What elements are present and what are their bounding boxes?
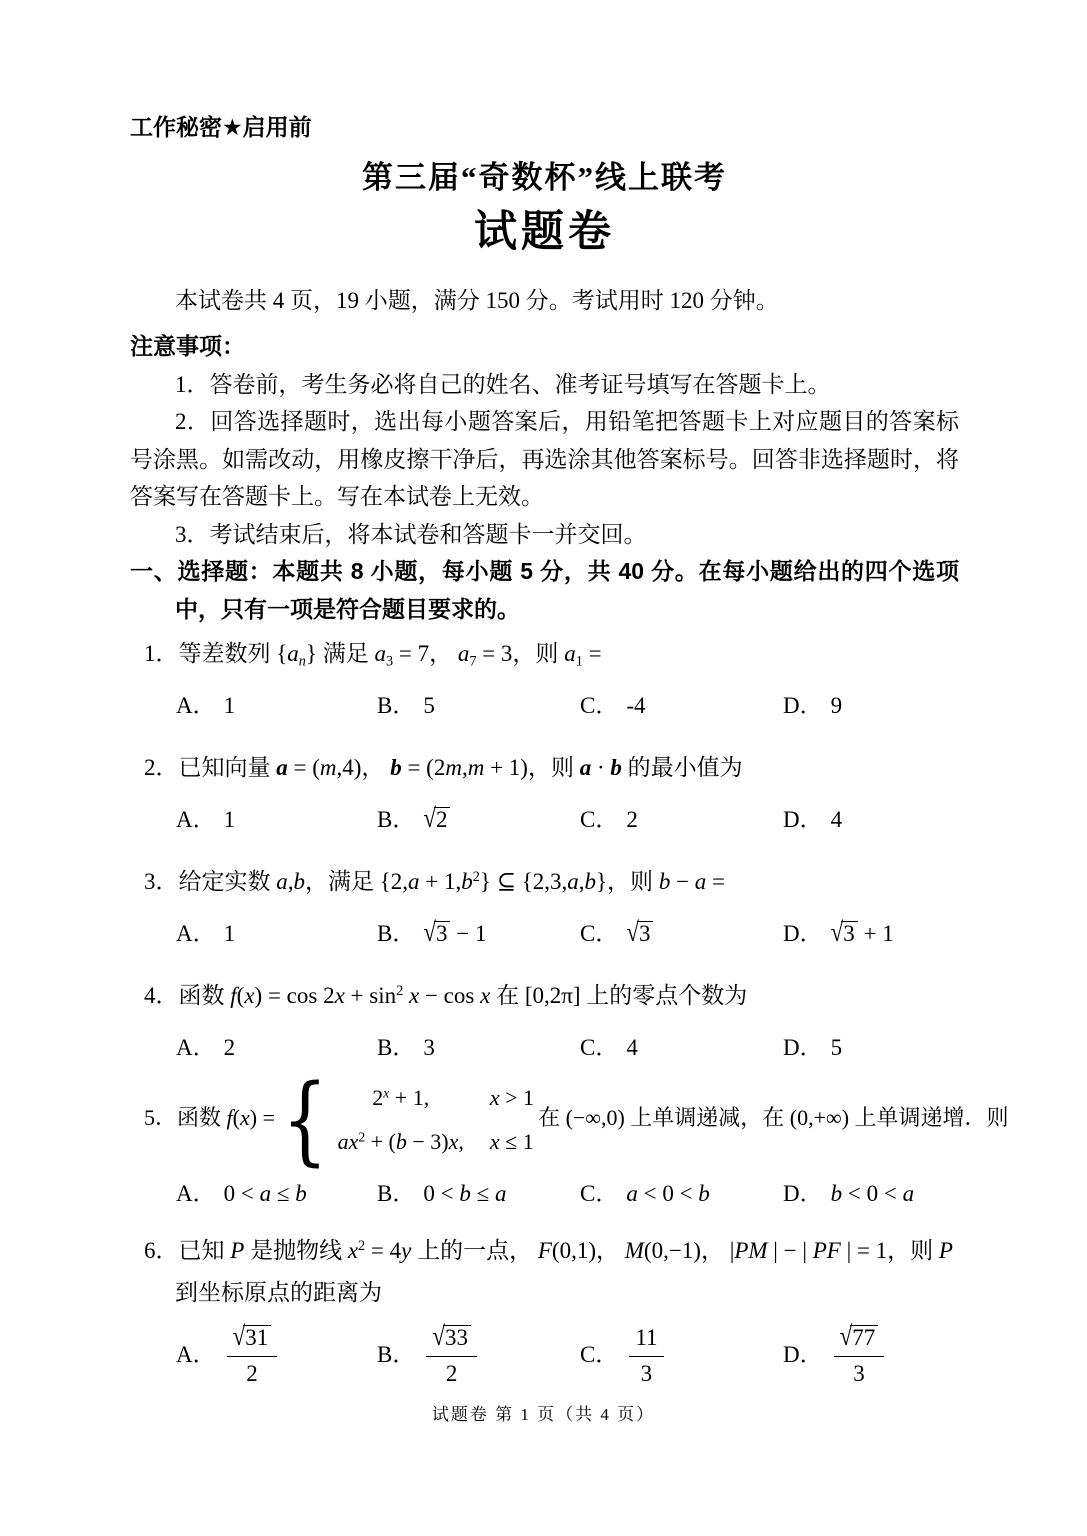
options-row: A．1B．√2C．2D．4 (130, 800, 959, 840)
option-a: A．√312 (176, 1322, 377, 1388)
fraction: √773 (834, 1322, 885, 1388)
option-label: B． (377, 800, 415, 840)
option-a: A．1 (176, 686, 377, 726)
question-number: 3． (144, 869, 179, 894)
question-stem: 4．函数 f(x) = cos 2x + sin2 x − cos x 在 [0… (130, 976, 959, 1016)
question-q1: 1．等差数列 {an} 满足 a3 = 7， a7 = 3，则 a1 =A．1B… (130, 634, 959, 726)
option-d: D．√773 (783, 1322, 959, 1388)
radical: √3 (626, 921, 653, 946)
notice-heading: 注意事项： (130, 328, 959, 366)
fraction-numerator: 11 (629, 1322, 663, 1357)
option-b: B．√3 − 1 (377, 914, 580, 954)
option-b: B．√332 (377, 1322, 580, 1388)
option-a: A．1 (176, 914, 377, 954)
question-number: 1． (144, 641, 179, 666)
exam-paper-page: 工作秘密★启用前 第三届“奇数杯”线上联考 试题卷 本试卷共 4 页，19 小题… (0, 0, 1087, 1536)
notice-section: 注意事项： 1．答卷前，考生务必将自己的姓名、准考证号填写在答题卡上。 2．回答… (130, 328, 959, 553)
question-number: 4． (144, 983, 179, 1008)
options-row: A．0 < a ≤ bB．0 < b ≤ aC．a < 0 < bD．b < 0… (130, 1174, 959, 1214)
option-content: 3 (423, 1028, 435, 1068)
option-d: D．√3 + 1 (783, 914, 959, 954)
option-content: 9 (831, 686, 843, 726)
option-content: a < 0 < b (626, 1174, 709, 1214)
radical: √33 (432, 1325, 471, 1350)
radical: √31 (233, 1325, 272, 1350)
option-d: D．b < 0 < a (783, 1174, 959, 1214)
option-d: D．4 (783, 800, 959, 840)
option-label: B． (377, 914, 415, 954)
fraction-numerator: √77 (834, 1322, 885, 1357)
option-label: A． (176, 1335, 216, 1375)
page-footer: 试题卷 第 1 页（共 4 页） (0, 1400, 1087, 1425)
option-label: B． (377, 1174, 415, 1214)
question-q3: 3．给定实数 a,b，满足 {2,a + 1,b2} ⊆ {2,3,a,b}，则… (130, 862, 959, 954)
option-label: D． (783, 1335, 823, 1375)
case-expression: ax2 + (b − 3)x, (338, 1125, 464, 1159)
option-label: C． (580, 800, 618, 840)
radical-symbol: √ (423, 805, 436, 833)
question-stem: 6．已知 P 是抛物线 x2 = 4y 上的一点， F(0,1)， M(0,−1… (130, 1230, 959, 1314)
question-q5: 5．函数 f(x) = {2x + 1,x > 1ax2 + (b − 3)x,… (130, 1076, 959, 1214)
option-label: C． (580, 1174, 618, 1214)
option-content: 5 (831, 1028, 843, 1068)
option-content: 0 < b ≤ a (423, 1174, 506, 1214)
section-one-heading: 一、选择题：本题共 8 小题，每小题 5 分，共 40 分。在每小题给出的四个选… (130, 553, 959, 628)
option-content: 5 (423, 686, 435, 726)
radical: √3 (831, 921, 858, 946)
option-c: C．2 (580, 800, 783, 840)
option-b: B．3 (377, 1028, 580, 1068)
option-label: A． (176, 1028, 216, 1068)
option-content: 0 < a ≤ b (224, 1174, 307, 1214)
option-b: B．5 (377, 686, 580, 726)
options-row: A．1B．5C．-4D．9 (130, 686, 959, 726)
option-label: D． (783, 686, 823, 726)
option-label: D． (783, 1028, 823, 1068)
option-content: √3 (626, 914, 653, 954)
option-c: C．√3 (580, 914, 783, 954)
option-content: 113 (626, 1322, 666, 1388)
radical: √2 (423, 807, 450, 832)
option-d: D．9 (783, 686, 959, 726)
radical-symbol: √ (840, 1323, 853, 1351)
question-stem: 5．函数 f(x) = {2x + 1,x > 1ax2 + (b − 3)x,… (130, 1076, 959, 1164)
option-content: 4 (831, 800, 843, 840)
radical-symbol: √ (233, 1323, 246, 1351)
option-label: B． (377, 1335, 415, 1375)
options-row: A．2B．3C．4D．5 (130, 1028, 959, 1068)
option-label: C． (580, 1028, 618, 1068)
option-content: √773 (831, 1322, 888, 1388)
fraction: √332 (426, 1322, 477, 1388)
fraction-numerator: √33 (426, 1322, 477, 1357)
option-d: D．5 (783, 1028, 959, 1068)
radical-symbol: √ (626, 919, 639, 947)
option-label: B． (377, 686, 415, 726)
option-content: √3 + 1 (831, 914, 894, 954)
radical-symbol: √ (432, 1323, 445, 1351)
exam-info-line: 本试卷共 4 页，19 小题，满分 150 分。考试用时 120 分钟。 (130, 286, 959, 316)
options-row: A．1B．√3 − 1C．√3D．√3 + 1 (130, 914, 959, 954)
notice-item-1: 1．答卷前，考生务必将自己的姓名、准考证号填写在答题卡上。 (130, 366, 959, 404)
option-label: B． (377, 1028, 415, 1068)
question-q2: 2．已知向量 a = (m,4)， b = (2m,m + 1)，则 a · b… (130, 748, 959, 840)
option-content: 2 (224, 1028, 236, 1068)
fraction: 113 (629, 1322, 663, 1388)
option-c: C．4 (580, 1028, 783, 1068)
option-content: √312 (224, 1322, 281, 1388)
radical-symbol: √ (831, 919, 844, 947)
paper-type-title: 试题卷 (130, 204, 959, 260)
option-label: C． (580, 686, 618, 726)
option-content: 1 (224, 686, 236, 726)
option-content: 2 (626, 800, 638, 840)
option-b: B．0 < b ≤ a (377, 1174, 580, 1214)
option-label: D． (783, 1174, 823, 1214)
case-condition: x ≤ 1 (490, 1125, 534, 1159)
option-a: A．1 (176, 800, 377, 840)
question-number: 6． (144, 1238, 179, 1263)
option-content: 1 (224, 914, 236, 954)
notice-item-2: 2．回答选择题时，选出每小题答案后，用铅笔把答题卡上对应题目的答案标号涂黑。如需… (130, 403, 959, 516)
option-label: A． (176, 800, 216, 840)
option-content: b < 0 < a (831, 1174, 914, 1214)
fraction-numerator: √31 (227, 1322, 278, 1357)
fraction-denominator: 2 (227, 1357, 278, 1389)
options-row: A．√312B．√332C．113D．√773 (130, 1322, 959, 1388)
case-condition: x > 1 (490, 1081, 534, 1115)
question-q6: 6．已知 P 是抛物线 x2 = 4y 上的一点， F(0,1)， M(0,−1… (130, 1230, 959, 1388)
option-content: √3 − 1 (423, 914, 486, 954)
fraction: √312 (227, 1322, 278, 1388)
case-expression: 2x + 1, (338, 1081, 464, 1115)
option-label: D． (783, 914, 823, 954)
option-label: D． (783, 800, 823, 840)
question-stem: 2．已知向量 a = (m,4)， b = (2m,m + 1)，则 a · b… (130, 748, 959, 788)
question-q4: 4．函数 f(x) = cos 2x + sin2 x − cos x 在 [0… (130, 976, 959, 1068)
radical: √77 (840, 1325, 879, 1350)
fraction-denominator: 2 (426, 1357, 477, 1389)
option-c: C．113 (580, 1322, 783, 1388)
questions-list: 1．等差数列 {an} 满足 a3 = 7， a7 = 3，则 a1 =A．1B… (130, 634, 959, 1389)
option-label: C． (580, 1335, 618, 1375)
exam-title: 第三届“奇数杯”线上联考 (130, 156, 959, 200)
question-stem: 3．给定实数 a,b，满足 {2,a + 1,b2} ⊆ {2,3,a,b}，则… (130, 862, 959, 902)
question-stem: 1．等差数列 {an} 满足 a3 = 7， a7 = 3，则 a1 = (130, 634, 959, 674)
option-content: √332 (423, 1322, 480, 1388)
question-number: 2． (144, 755, 179, 780)
option-content: √2 (423, 800, 450, 840)
notice-item-3: 3．考试结束后，将本试卷和答题卡一并交回。 (130, 516, 959, 554)
option-a: A．2 (176, 1028, 377, 1068)
radical-symbol: √ (423, 919, 436, 947)
security-classification-label: 工作秘密★启用前 (130, 112, 959, 142)
option-label: C． (580, 914, 618, 954)
brace-symbol: { (282, 1076, 328, 1164)
fraction-denominator: 3 (834, 1357, 885, 1389)
option-c: C．-4 (580, 686, 783, 726)
option-b: B．√2 (377, 800, 580, 840)
option-content: 1 (224, 800, 236, 840)
option-content: -4 (626, 686, 645, 726)
option-c: C．a < 0 < b (580, 1174, 783, 1214)
piecewise-function: {2x + 1,x > 1ax2 + (b − 3)x,x ≤ 1 (282, 1076, 534, 1164)
fraction-denominator: 3 (629, 1357, 663, 1389)
radical: √3 (423, 921, 450, 946)
option-content: 4 (626, 1028, 638, 1068)
option-a: A．0 < a ≤ b (176, 1174, 377, 1214)
option-label: A． (176, 686, 216, 726)
option-label: A． (176, 1174, 216, 1214)
question-number: 5． (144, 1105, 177, 1130)
option-label: A． (176, 914, 216, 954)
